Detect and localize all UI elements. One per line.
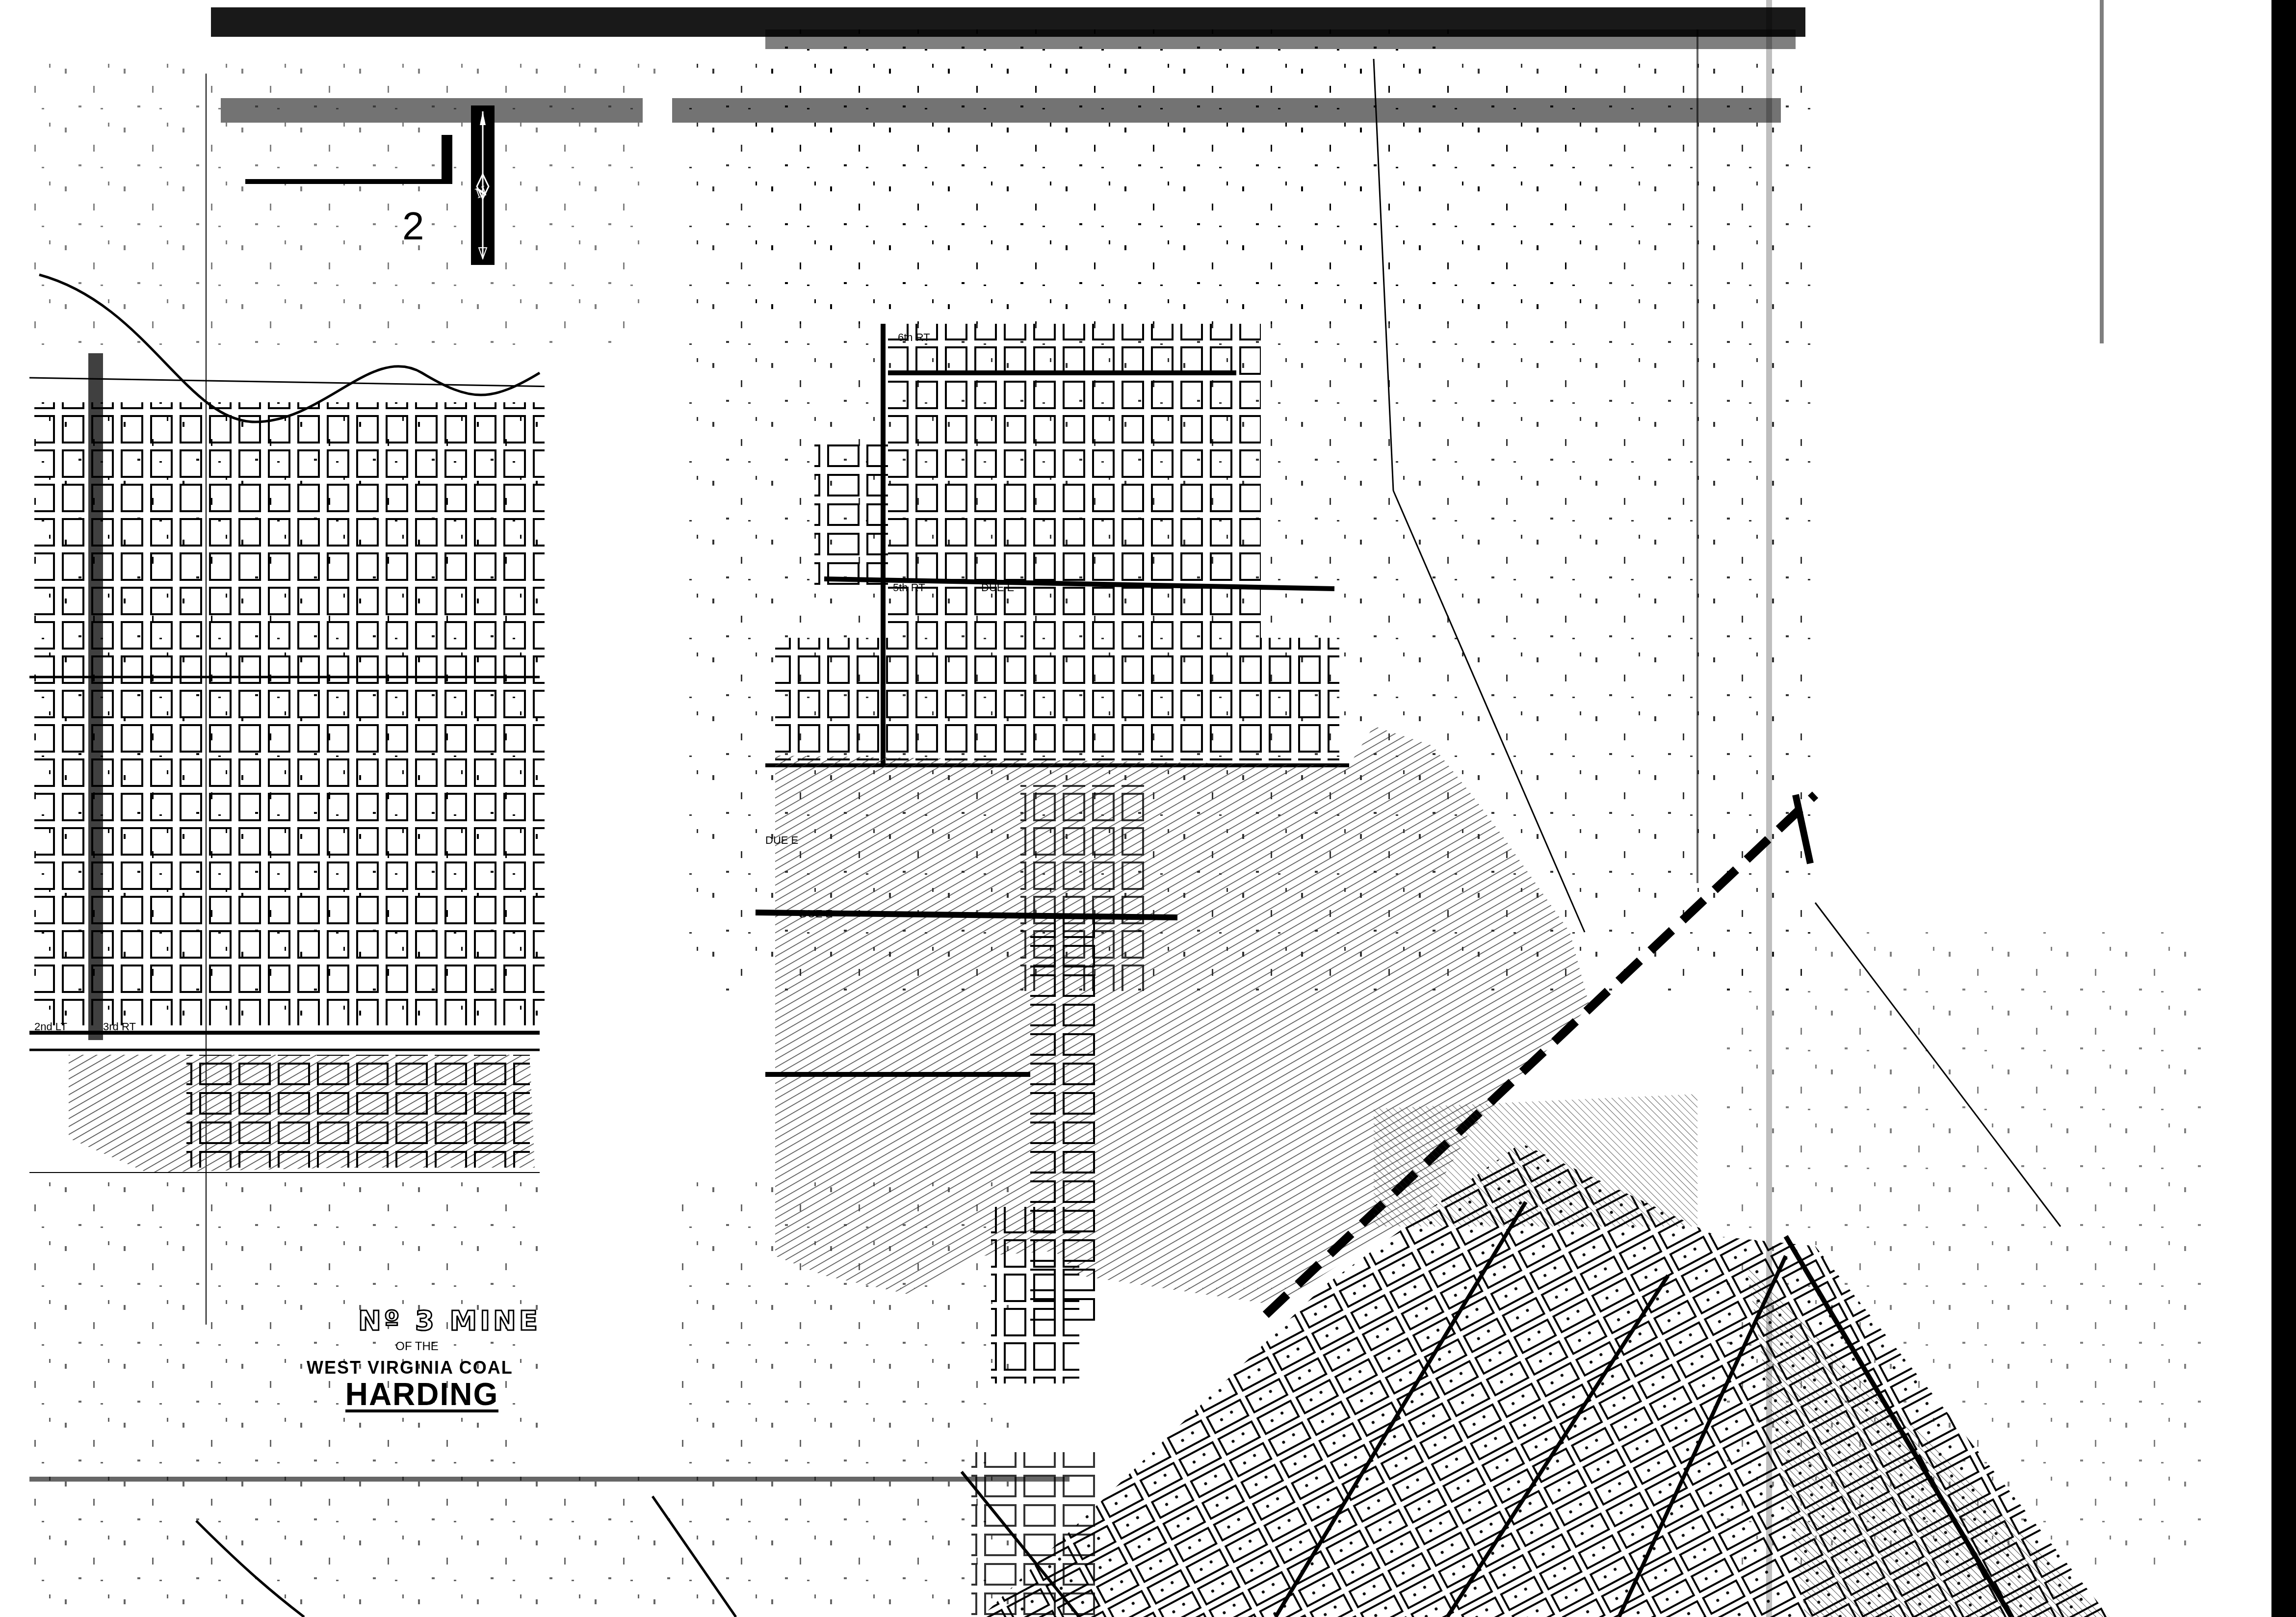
scan-right-edge bbox=[2271, 0, 2296, 1617]
entry-label-due-e-upper: DUE E bbox=[981, 581, 1014, 594]
entry-label-due-e-middle: DUE E bbox=[765, 834, 798, 847]
title-of-the: OF THE bbox=[270, 1340, 564, 1354]
north-arrow-icon: N bbox=[471, 105, 495, 265]
entry-label-2nd-lt: 2nd LT bbox=[34, 1020, 67, 1033]
title-company: WEST VIRGINIA COAL bbox=[307, 1357, 564, 1378]
entry-label-3rd-rt: 3rd RT bbox=[103, 1020, 136, 1033]
map-title-block: Nº 3 MINE OF THE WEST VIRGINIA COAL HARD… bbox=[289, 1305, 564, 1412]
entry-label-6th-rt: 6th RT bbox=[898, 331, 930, 344]
title-town: HARDING bbox=[345, 1379, 499, 1412]
entry-label-5th-rt: 5th RT bbox=[893, 581, 925, 594]
scale-bar bbox=[245, 135, 452, 184]
entry-label-due-e-lower: DUE E bbox=[800, 908, 833, 920]
sheet-number: 2 bbox=[402, 204, 424, 249]
title-mine: Nº 3 MINE bbox=[358, 1305, 564, 1337]
